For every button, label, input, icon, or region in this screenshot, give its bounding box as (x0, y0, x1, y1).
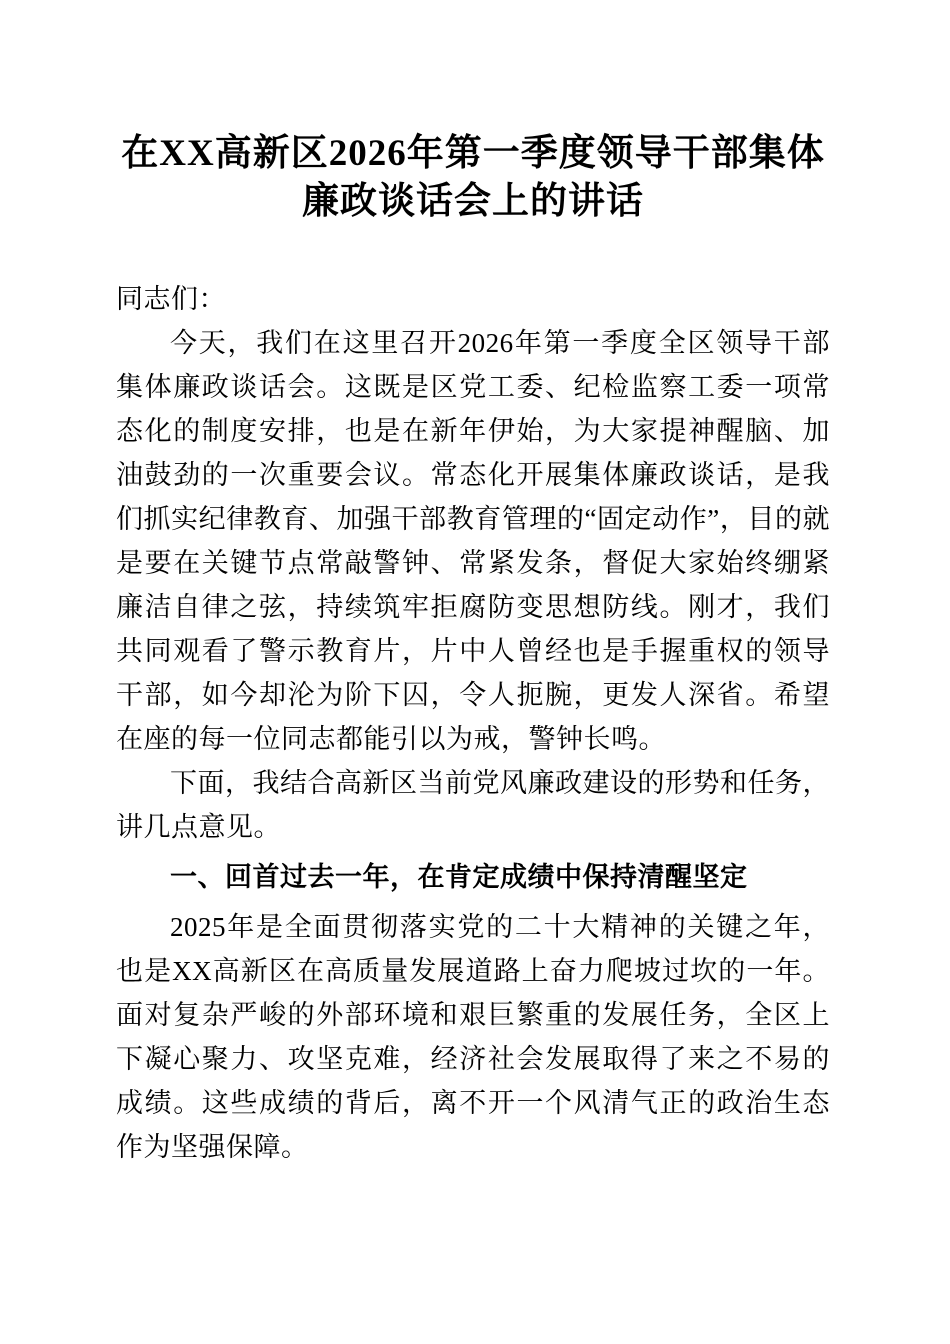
title-line-1: 在XX高新区2026年第一季度领导干部集体 (116, 130, 830, 178)
paragraph-1: 今天，我们在这里召开2026年第一季度全区领导干部集体廉政谈话会。这既是区党工委… (116, 321, 830, 761)
document-page: 在XX高新区2026年第一季度领导干部集体 廉政谈话会上的讲话 同志们： 今天，… (0, 0, 950, 1344)
title-line-2: 廉政谈话会上的讲话 (116, 178, 830, 226)
paragraph-3: 2025年是全面贯彻落实党的二十大精神的关键之年，也是XX高新区在高质量发展道路… (116, 905, 830, 1169)
section-heading-1: 一、回首过去一年，在肯定成绩中保持清醒坚定 (116, 854, 830, 900)
salutation: 同志们： (116, 277, 830, 321)
paragraph-2: 下面，我结合高新区当前党风廉政建设的形势和任务，讲几点意见。 (116, 761, 830, 849)
document-title: 在XX高新区2026年第一季度领导干部集体 廉政谈话会上的讲话 (116, 130, 830, 226)
